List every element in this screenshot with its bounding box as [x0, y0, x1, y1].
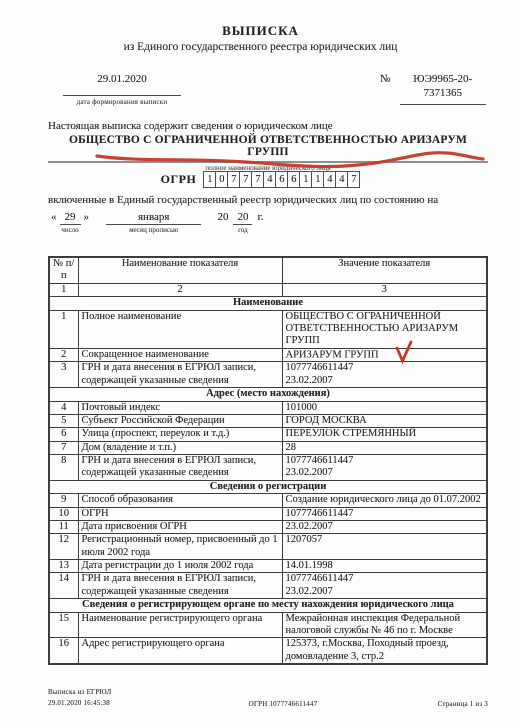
section-title: Сведения о регистрации: [49, 480, 487, 493]
section-row: Сведения о регистрации: [49, 480, 487, 493]
row-number: 4: [49, 401, 78, 414]
page-title: ВЫПИСКА: [0, 23, 521, 39]
indicator-value: 28: [282, 441, 487, 454]
row-number: 5: [49, 414, 78, 427]
table-row: 5Субъект Российской ФедерацииГОРОД МОСКВ…: [49, 414, 487, 427]
page-subtitle: из Единого государственного реестра юрид…: [0, 41, 521, 53]
indicator-name: Дом (владение и т.п.): [78, 441, 282, 454]
intro-line: Настоящая выписка содержит сведения о юр…: [48, 120, 333, 132]
as-of-century: 20: [217, 211, 228, 223]
table-row: 6Улица (проспект, переулок и т.д.)ПЕРЕУЛ…: [49, 428, 487, 441]
col-number-1: 1: [49, 283, 78, 296]
table-row: 9Способ образованияСоздание юридического…: [49, 494, 487, 507]
footer-left: Выписка из ЕГРЮЛ 29.01.2020 16:45:38: [48, 687, 178, 708]
table-row: 13Дата регистрации до 1 июля 2002 года14…: [49, 560, 487, 573]
indicator-name: Улица (проспект, переулок и т.д.): [78, 428, 282, 441]
number-sign: №: [380, 73, 391, 85]
table-header-row: № п/п Наименование показателя Значение п…: [49, 257, 487, 283]
ogrn-label: ОГРН: [161, 172, 197, 187]
indicator-value: ГОРОД МОСКВА: [282, 414, 487, 427]
row-number: 2: [49, 348, 78, 362]
indicator-value: 1077746611447 23.02.2007: [282, 455, 487, 481]
table-row: 4Почтовый индекс101000: [49, 401, 487, 414]
header-indicator-value: Значение показателя: [282, 257, 487, 283]
as-of-day-group: 29 число: [60, 211, 81, 234]
table-row: 15Наименование регистрирующего органаМеж…: [49, 612, 487, 638]
page-footer: Выписка из ЕГРЮЛ 29.01.2020 16:45:38 ОГР…: [48, 687, 488, 708]
indicator-name: Адрес регистрирующего органа: [78, 638, 282, 664]
indicator-value: ПЕРЕУЛОК СТРЕМЯННЫЙ: [282, 428, 487, 441]
row-number: 15: [49, 612, 78, 638]
row-number: 13: [49, 560, 78, 573]
section-row: Адрес (место нахождения): [49, 388, 487, 401]
month-caption: месяц прописью: [106, 226, 201, 234]
indicator-name: Почтовый индекс: [78, 401, 282, 414]
footer-page-number: Страница 1 из 3: [388, 700, 488, 708]
indicator-name: Полное наименование: [78, 310, 282, 348]
table-row: 7Дом (владение и т.п.)28: [49, 441, 487, 454]
header-indicator-name: Наименование показателя: [78, 257, 282, 283]
day-caption: число: [60, 226, 81, 234]
company-name: ОБЩЕСТВО С ОГРАНИЧЕННОЙ ОТВЕТСТВЕННОСТЬЮ…: [48, 134, 488, 163]
indicators-table-wrap: № п/п Наименование показателя Значение п…: [48, 256, 488, 665]
indicator-name: ГРН и дата внесения в ЕГРЮЛ записи, соде…: [78, 573, 282, 599]
formation-date: 29.01.2020: [63, 73, 181, 96]
extract-number-block: № ЮЭ9965-20- 7371365: [380, 73, 486, 105]
section-title: Адрес (место нахождения): [49, 388, 487, 401]
as-of-month: января: [106, 211, 201, 225]
company-name-block: ОБЩЕСТВО С ОГРАНИЧЕННОЙ ОТВЕТСТВЕННОСТЬЮ…: [48, 134, 488, 172]
indicator-name: ОГРН: [78, 507, 282, 520]
row-number: 11: [49, 520, 78, 533]
indicator-value: 101000: [282, 401, 487, 414]
table-row: 3ГРН и дата внесения в ЕГРЮЛ записи, сод…: [49, 362, 487, 388]
row-number: 16: [49, 638, 78, 664]
table-row: 12Регистрационный номер, присвоенный до …: [49, 534, 487, 560]
formation-date-block: 29.01.2020 дата формирования выписки: [63, 73, 181, 106]
indicator-name: Наименование регистрирующего органа: [78, 612, 282, 638]
indicator-name: ГРН и дата внесения в ЕГРЮЛ записи, соде…: [78, 362, 282, 388]
row-number: 7: [49, 441, 78, 454]
col-number-3: 3: [282, 283, 487, 296]
ogrn-line: ОГРН 1077746611447: [0, 171, 521, 188]
table-row: 10ОГРН1077746611447: [49, 507, 487, 520]
indicator-name: Дата присвоения ОГРН: [78, 520, 282, 533]
close-quote: »: [84, 211, 90, 223]
as-of-date-line: « 29 число » января месяц прописью 20 20…: [48, 211, 263, 234]
indicator-value: Межрайонная инспекция Федеральной налого…: [282, 612, 487, 638]
table-row: 11Дата присвоения ОГРН23.02.2007: [49, 520, 487, 533]
indicator-value: 23.02.2007: [282, 520, 487, 533]
year-caption: год: [233, 226, 252, 234]
table-row: 1Полное наименованиеОБЩЕСТВО С ОГРАНИЧЕН…: [49, 310, 487, 348]
as-of-year: 20: [233, 211, 252, 225]
table-row: 8ГРН и дата внесения в ЕГРЮЛ записи, сод…: [49, 455, 487, 481]
table-row: 14ГРН и дата внесения в ЕГРЮЛ записи, со…: [49, 573, 487, 599]
footer-doc-type: Выписка из ЕГРЮЛ: [48, 687, 178, 698]
row-number: 1: [49, 310, 78, 348]
ogrn-digit-box: 7: [347, 171, 360, 188]
indicator-value: 125373, г.Москва, Походный проезд, домов…: [282, 638, 487, 664]
extract-number: ЮЭ9965-20- 7371365: [400, 73, 487, 105]
section-title: Сведения о регистрирующем органе по мест…: [49, 599, 487, 612]
section-title: Наименование: [49, 297, 487, 310]
table-row: 2Сокращенное наименованиеАРИЗАРУМ ГРУПП: [49, 348, 487, 362]
header-num: № п/п: [49, 257, 78, 283]
section-row: Наименование: [49, 297, 487, 310]
as-of-year-group: 20 год: [233, 211, 252, 234]
row-number: 9: [49, 494, 78, 507]
indicator-name: Сокращенное наименование: [78, 348, 282, 362]
year-suffix: г.: [257, 211, 263, 223]
formation-date-caption: дата формирования выписки: [63, 98, 181, 106]
row-number: 8: [49, 455, 78, 481]
indicator-value: 1207057: [282, 534, 487, 560]
indicator-value: 14.01.1998: [282, 560, 487, 573]
indicator-name: Дата регистрации до 1 июля 2002 года: [78, 560, 282, 573]
scanned-document-page: { "page": { "title": "ВЫПИСКА", "subtitl…: [0, 0, 521, 728]
col-number-2: 2: [78, 283, 282, 296]
indicator-name: Регистрационный номер, присвоенный до 1 …: [78, 534, 282, 560]
open-quote: «: [51, 211, 57, 223]
indicator-value: 1077746611447 23.02.2007: [282, 362, 487, 388]
indicator-name: ГРН и дата внесения в ЕГРЮЛ записи, соде…: [78, 455, 282, 481]
row-number: 3: [49, 362, 78, 388]
included-line: включенные в Единый государственный реес…: [48, 194, 438, 206]
indicator-value: АРИЗАРУМ ГРУПП: [282, 348, 487, 362]
indicators-table: № п/п Наименование показателя Значение п…: [48, 256, 488, 665]
as-of-day: 29: [60, 211, 81, 225]
column-number-row: 1 2 3: [49, 283, 487, 296]
extract-number-line1: ЮЭ9965-20-: [400, 73, 487, 87]
table-body: Наименование1Полное наименованиеОБЩЕСТВО…: [49, 297, 487, 664]
indicator-value: 1077746611447: [282, 507, 487, 520]
row-number: 10: [49, 507, 78, 520]
footer-ogrn: ОГРН 1077746611447: [178, 700, 388, 708]
indicator-value: ОБЩЕСТВО С ОГРАНИЧЕННОЙ ОТВЕТСТВЕННОСТЬЮ…: [282, 310, 487, 348]
red-checkmark-icon: [395, 349, 413, 361]
row-number: 14: [49, 573, 78, 599]
row-number: 12: [49, 534, 78, 560]
indicator-value: Создание юридического лица до 01.07.2002: [282, 494, 487, 507]
table-row: 16Адрес регистрирующего органа125373, г.…: [49, 638, 487, 664]
extract-number-line2: 7371365: [400, 87, 487, 101]
indicator-value: 1077746611447 23.02.2007: [282, 573, 487, 599]
footer-timestamp: 29.01.2020 16:45:38: [48, 698, 178, 709]
ogrn-boxes: 1077746611447: [204, 171, 360, 188]
section-row: Сведения о регистрирующем органе по мест…: [49, 599, 487, 612]
indicator-name: Субъект Российской Федерации: [78, 414, 282, 427]
as-of-month-group: января месяц прописью: [106, 211, 201, 234]
row-number: 6: [49, 428, 78, 441]
indicator-name: Способ образования: [78, 494, 282, 507]
